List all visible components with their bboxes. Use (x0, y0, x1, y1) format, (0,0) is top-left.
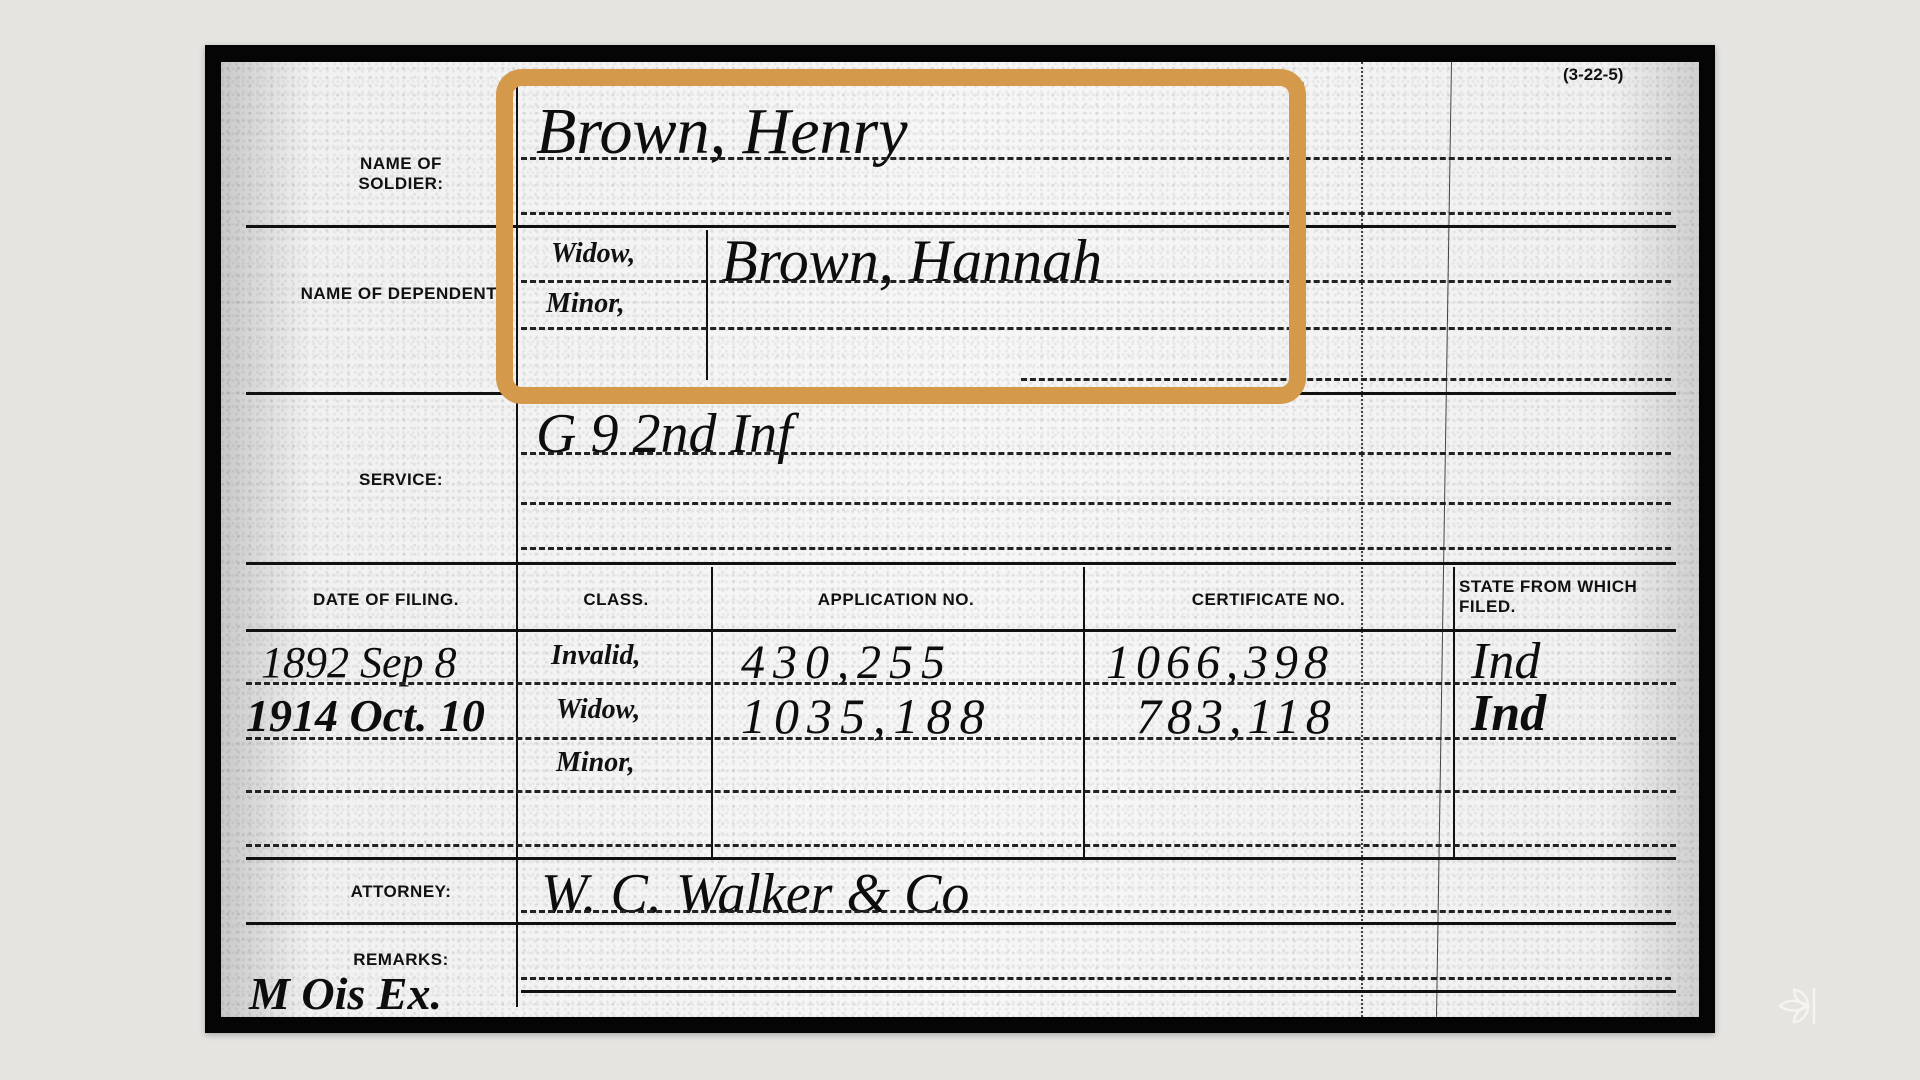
header-certificate-no: CERTIFICATE NO. (1081, 590, 1456, 610)
attorney-section-rule (246, 922, 1676, 925)
row1-class: Invalid, (551, 640, 640, 672)
header-application-no: APPLICATION NO. (711, 590, 1081, 610)
right-guide-line (1436, 62, 1452, 1017)
service-value: G 9 2nd Inf (536, 402, 793, 466)
bottom-handwritten-note: M Ois Ex. (249, 967, 442, 1020)
row2-date: 1914 Oct. 10 (246, 689, 485, 742)
dependent-minor-label: Minor, (546, 288, 625, 320)
row3-class: Minor, (556, 747, 635, 779)
application-certificate-divider (1083, 567, 1085, 857)
name-of-soldier-label: NAME OF SOLDIER: (316, 154, 486, 194)
class-application-divider (711, 567, 713, 857)
form-number: (3-22-5) (1563, 65, 1623, 85)
table-bottom-rule (246, 857, 1676, 860)
header-date-of-filing: DATE OF FILING. (261, 590, 511, 610)
dependent-type-divider (706, 230, 708, 380)
dependent-line-3 (1021, 378, 1671, 381)
certificate-state-divider (1453, 567, 1455, 857)
row3-line (246, 790, 1676, 793)
row1-line (246, 682, 1676, 685)
highlight-drip-1 (1292, 82, 1295, 307)
soldier-line-1 (521, 157, 1671, 160)
name-of-dependent-label: NAME OF DEPENDENT: (296, 284, 506, 304)
header-class: CLASS. (521, 590, 711, 610)
remarks-section-rule (521, 990, 1676, 993)
pension-index-card: (3-22-5) NAME OF SOLDIER: Brown, Henry N… (205, 45, 1715, 1033)
service-line-2 (521, 502, 1671, 505)
service-section-rule (246, 562, 1676, 565)
row4-line (246, 844, 1676, 847)
service-label: SERVICE: (316, 470, 486, 490)
dependent-line-2 (521, 327, 1671, 330)
highlight-drip-2 (1301, 82, 1304, 347)
row2-state: Ind (1471, 684, 1546, 743)
attorney-line (521, 910, 1671, 913)
header-state-from-which-filed: STATE FROM WHICH FILED. (1459, 577, 1639, 617)
service-line-3 (521, 547, 1671, 550)
header-rule (246, 629, 1676, 632)
soldier-line-2 (521, 212, 1671, 215)
leaf-logo-svg (1772, 980, 1828, 1030)
label-column-divider (516, 72, 518, 1007)
dependent-section-rule (246, 392, 1676, 395)
dependent-line-1 (521, 280, 1671, 283)
row2-line (246, 737, 1676, 740)
row1-date: 1892 Sep 8 (261, 637, 457, 688)
remarks-line (521, 977, 1671, 980)
widow-name-value: Brown, Hannah (721, 227, 1102, 296)
leaf-logo-icon (1772, 980, 1828, 1030)
card-paper: (3-22-5) NAME OF SOLDIER: Brown, Henry N… (221, 62, 1699, 1017)
attorney-label: ATTORNEY: (316, 882, 486, 902)
service-line-1 (521, 452, 1671, 455)
dotted-guide-line (1361, 62, 1363, 1017)
attorney-value: W. C. Walker & Co (541, 862, 969, 926)
dependent-widow-label: Widow, (551, 238, 635, 270)
row2-class: Widow, (556, 694, 640, 726)
